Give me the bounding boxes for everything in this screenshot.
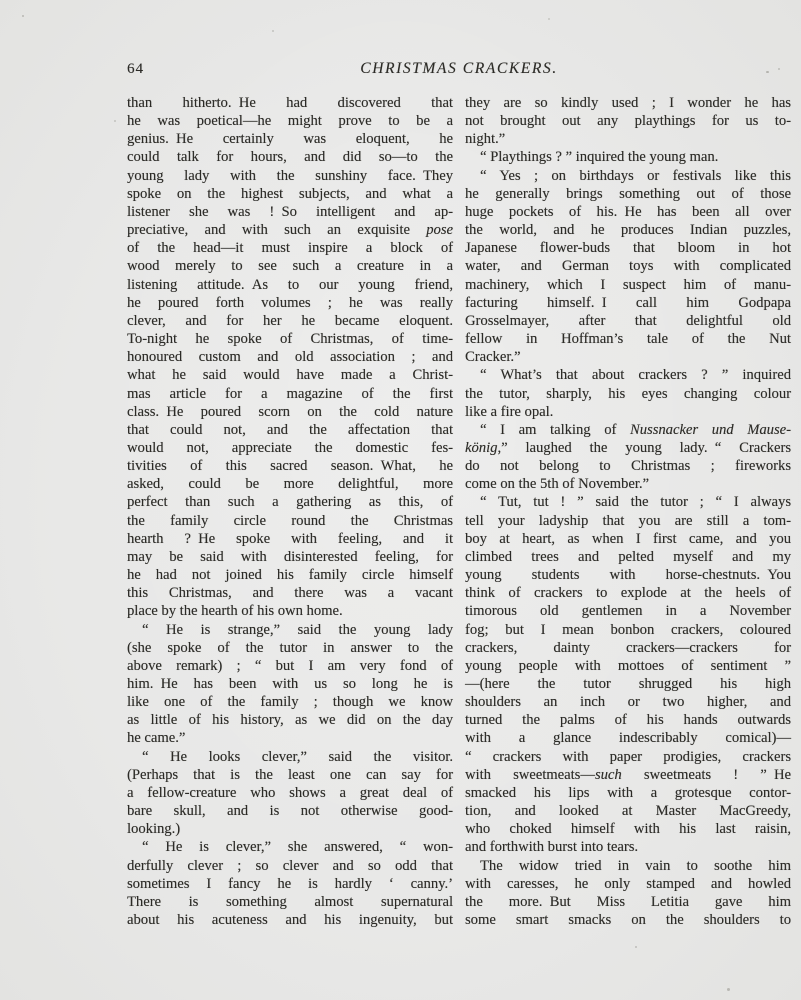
text-line: The widow tried in vain to soothe him [465,857,791,875]
text-line: “ He looks clever,” said the visitor. [127,748,453,766]
text-line: who choked himself with his last raisin, [465,820,791,838]
text-line: smacked his lips with a grotesque contor… [465,784,791,802]
text-line: wood merely to see such a creature in a [127,257,453,275]
text-line: könig,” laughed the young lady. “ Cracke… [465,439,791,457]
text-line: with sweetmeats—such sweetmeats ! ” He [465,766,791,784]
scan-speck [272,30,274,32]
scan-speck [727,988,730,991]
text-line: Japanese flower-buds that bloom in hot [465,239,791,257]
text-line: the tutor, sharply, his eyes changing co… [465,385,791,403]
text-line: of the head—it must inspire a block of [127,239,453,257]
text-line: class. He poured scorn on the cold natur… [127,403,453,421]
text-columns: than hitherto. He had discovered thathe … [127,94,791,929]
text-line: and forthwith burst into tears. [465,838,791,856]
scan-speck [766,71,769,73]
scan-speck [778,68,780,70]
text-line: with a glance indescribably comical)— [465,729,791,747]
text-line: above remark) ; “ but I am very fond of [127,657,453,675]
left-column: than hitherto. He had discovered thathe … [127,94,453,929]
book-page: 64 CHRISTMAS CRACKERS. than hitherto. He… [0,0,801,1000]
text-line: preciative, and with such an exquisite p… [127,221,453,239]
text-line: sometimes I fancy he is hardly ‘ canny.’ [127,875,453,893]
scan-speck [635,946,637,948]
text-line: There is something almost supernatural [127,893,453,911]
text-line: would not, appreciate the domestic fes- [127,439,453,457]
text-line: hearth ? He spoke with feeling, and it [127,530,453,548]
text-line: “ He is strange,” said the young lady [127,621,453,639]
text-line: asked, could be more delightful, more [127,475,453,493]
text-line: they are so kindly used ; I wonder he ha… [465,94,791,112]
text-line: To-night he spoke of Christmas, of time- [127,330,453,348]
text-line: fellow in Hoffman’s tale of the Nut [465,330,791,348]
text-line: perfect than such a gathering as this, o… [127,493,453,511]
text-line: young students with horse-chestnuts. You [465,566,791,584]
text-line: the family circle round the Christmas [127,512,453,530]
text-line: him. He has been with us so long he is [127,675,453,693]
text-line: not brought out any playthings for us to… [465,112,791,130]
text-line: “ crackers with paper prodigies, cracker… [465,748,791,766]
text-line: he was poetical—he might prove to be a [127,112,453,130]
text-line: young people with mottoes of sentiment ” [465,657,791,675]
text-line: boy at heart, as when I first came, and … [465,530,791,548]
text-line: looking.) [127,820,453,838]
text-line: “ I am talking of Nussnacker und Mause- [465,421,791,439]
text-line: crackers, dainty crackers—crackers for [465,639,791,657]
text-line: tion, and looked at Master MacGreedy, [465,802,791,820]
text-line: “ Playthings ? ” inquired the young man. [465,148,791,166]
page-header: 64 CHRISTMAS CRACKERS. [127,60,791,80]
text-line: some smart smacks on the shoulders to [465,911,791,929]
running-title: CHRISTMAS CRACKERS. [127,60,791,78]
text-line: tell your ladyship that you are still a … [465,512,791,530]
text-line: shoulders an inch or two higher, and [465,693,791,711]
text-line: huge pockets of his. He has been all ove… [465,203,791,221]
scan-speck [114,120,116,122]
scan-speck [22,15,24,17]
text-line: fog; but I mean bonbon crackers, coloure… [465,621,791,639]
text-line: he came.” [127,729,453,747]
text-line: listener she was ! So intelligent and ap… [127,203,453,221]
scan-speck [548,18,550,20]
text-line: place by the hearth of his own home. [127,602,453,620]
text-line: spoke on the highest subjects, and what … [127,185,453,203]
text-line: “ He is clever,” she answered, “ won- [127,838,453,856]
text-line: “ Tut, tut ! ” said the tutor ; “ I alwa… [465,493,791,511]
text-line: tivities of this sacred season. What, he [127,457,453,475]
text-line: “ Yes ; on birthdays or festivals like t… [465,167,791,185]
text-line: like one of the family ; though we know [127,693,453,711]
text-line: “ What’s that about crackers ? ” inquire… [465,366,791,384]
text-line: come on the 5th of November.” [465,475,791,493]
text-line: what he said would have made a Christ- [127,366,453,384]
text-line: like a fire opal. [465,403,791,421]
right-column: they are so kindly used ; I wonder he ha… [465,94,791,929]
text-line: could talk for hours, and did so—to the [127,148,453,166]
text-line: with caresses, he only stamped and howle… [465,875,791,893]
text-line: this Christmas, and there was a vacant [127,584,453,602]
text-line: derfully clever ; so clever and so odd t… [127,857,453,875]
text-line: clever, and for her he became eloquent. [127,312,453,330]
text-line: he poured forth volumes ; he was really [127,294,453,312]
text-line: think of crackers to explode at the heel… [465,584,791,602]
text-line: mas article for a magazine of the first [127,385,453,403]
text-line: he generally brings something out of tho… [465,185,791,203]
text-line: than hitherto. He had discovered that [127,94,453,112]
text-line: night.” [465,130,791,148]
text-line: (she spoke of the tutor in answer to the [127,639,453,657]
text-line: (Perhaps that is the least one can say f… [127,766,453,784]
text-line: he had not joined his family circle hims… [127,566,453,584]
text-line: that could not, and the affectation that [127,421,453,439]
text-line: do not belong to Christmas ; fireworks [465,457,791,475]
text-line: climbed trees and pelted myself and my [465,548,791,566]
text-line: the more. But Miss Letitia gave him [465,893,791,911]
text-line: about his acuteness and his ingenuity, b… [127,911,453,929]
text-line: genius. He certainly was eloquent, he [127,130,453,148]
text-line: facturing himself. I call him Godpapa [465,294,791,312]
text-line: honoured custom and old association ; an… [127,348,453,366]
text-line: a fellow-creature who shows a great deal… [127,784,453,802]
text-line: bare skull, and is not otherwise good- [127,802,453,820]
text-line: may be said with disinterested feeling, … [127,548,453,566]
text-line: listening attitude. As to our young frie… [127,276,453,294]
text-line: machinery, which I suspect him of manu- [465,276,791,294]
text-line: turned the palms of his hands outwards [465,711,791,729]
text-line: Grosselmayer, after that delightful old [465,312,791,330]
text-line: water, and German toys with complicated [465,257,791,275]
text-line: Cracker.” [465,348,791,366]
text-line: —(here the tutor shrugged his high [465,675,791,693]
text-line: as little of his history, as we did on t… [127,711,453,729]
text-line: young lady with the sunshiny face. They [127,167,453,185]
text-line: timorous old gentlemen in a November [465,602,791,620]
page-number: 64 [127,61,144,78]
text-line: the world, and he produces Indian puzzle… [465,221,791,239]
